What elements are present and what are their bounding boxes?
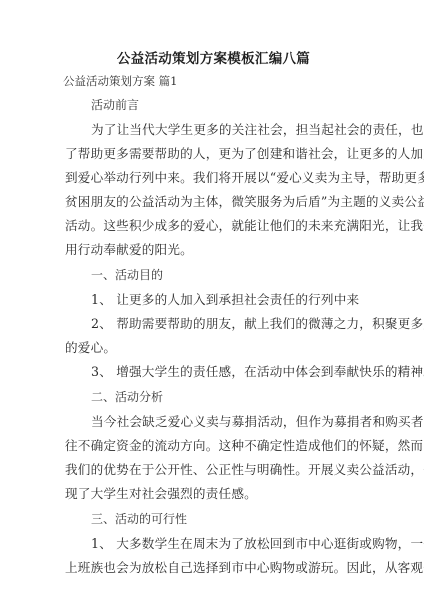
text-line: 到爱心举动行列中来。我们将开展以“爱心义卖为主导，帮助更多 <box>65 166 362 190</box>
section-heading-analysis: 二、活动分析 <box>65 384 362 410</box>
document-subtitle: 公益活动策划方案 篇1 <box>63 70 362 92</box>
text-line: 我们的优势在于公开性、公正性与明确性。开展义卖公益活动，体 <box>65 458 362 482</box>
paragraph-analysis: 当今社会缺乏爱心义卖与募捐活动，但作为募捐者和购买者往 往不确定资金的流动方向。… <box>65 410 362 506</box>
document-title: 公益活动策划方案模板汇编八篇 <box>55 48 372 70</box>
text-line: 往不确定资金的流动方向。这种不确定性造成他们的怀疑，然而， <box>65 434 362 458</box>
list-item: 1、 让更多的人加入到承担社会责任的行列中来 <box>65 288 362 312</box>
paragraph-preface: 为了让当代大学生更多的关注社会，担当起社会的责任，也为 了帮助更多需要帮助的人，… <box>65 118 362 262</box>
list-item: 2、 帮助需要帮助的朋友，献上我们的微薄之力，积聚更多人 的爱心。 <box>65 312 362 360</box>
text-line: 上班族也会为放松自己选择到市中心购物或游玩。因此，从客观分 <box>65 556 362 580</box>
text-line: 当今社会缺乏爱心义卖与募捐活动，但作为募捐者和购买者往 <box>65 410 362 434</box>
text-line: 1、 大多数学生在周末为了放松回到市中心逛街或购物，一些 <box>65 532 362 556</box>
text-line: 贫困朋友的公益活动为主体，微笑服务为后盾”为主题的义卖公益 <box>65 190 362 214</box>
text-line: 为了让当代大学生更多的关注社会，担当起社会的责任，也为 <box>65 118 362 142</box>
text-line: 了帮助更多需要帮助的人，更为了创建和谐社会，让更多的人加入 <box>65 142 362 166</box>
text-line: 现了大学生对社会强烈的责任感。 <box>65 482 362 506</box>
list-item: 3、 增强大学生的责任感，在活动中体会到奉献快乐的精神。 <box>65 360 362 384</box>
document-page: 公益活动策划方案模板汇编八篇 公益活动策划方案 篇1 活动前言 为了让当代大学生… <box>65 48 362 580</box>
text-line: 2、 帮助需要帮助的朋友，献上我们的微薄之力，积聚更多人 <box>65 312 362 336</box>
list-item: 1、 大多数学生在周末为了放松回到市中心逛街或购物，一些 上班族也会为放松自己选… <box>65 532 362 580</box>
text-line: 活动。这些积少成多的爱心，就能让他们的未来充满阳光，让我们 <box>65 214 362 238</box>
section-heading-preface: 活动前言 <box>65 92 362 118</box>
section-heading-feasibility: 三、活动的可行性 <box>65 506 362 532</box>
text-line: 用行动奉献爱的阳光。 <box>65 238 362 262</box>
text-line: 的爱心。 <box>65 336 362 360</box>
section-heading-purpose: 一、活动目的 <box>65 262 362 288</box>
